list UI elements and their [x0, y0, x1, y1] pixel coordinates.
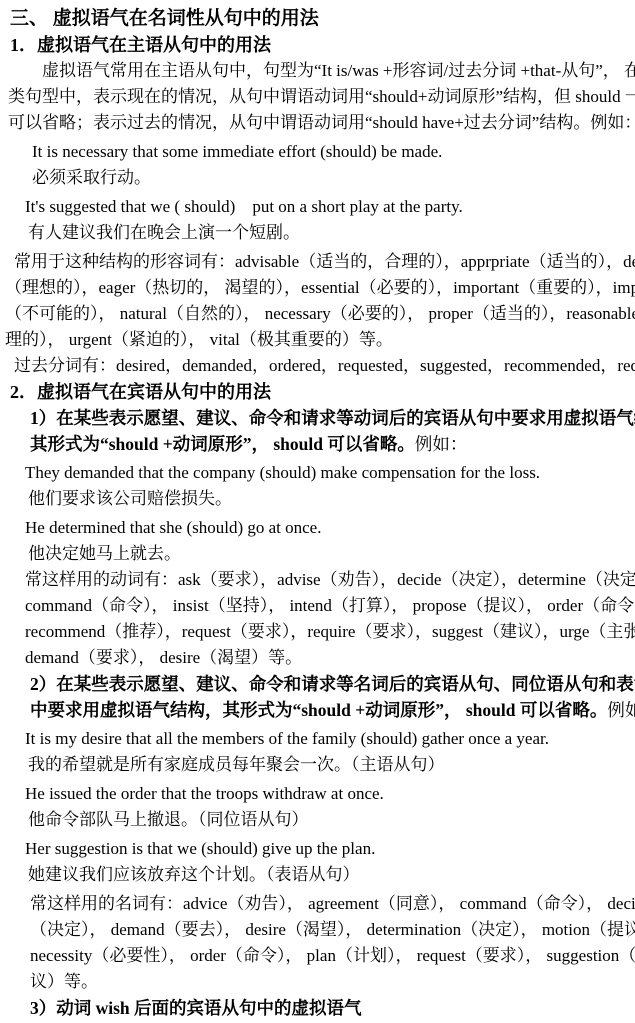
- text-line: 可以省略；表示过去的情况，从句中谓语动词用“should have+过去分词”结…: [8, 110, 635, 136]
- document-page: 三、 虚拟语气在名词性从句中的用法1．虚拟语气在主语从句中的用法虚拟语气常用在主…: [0, 0, 635, 1021]
- text-line: （决定）， demand（要去）， desire（渴望）， determinat…: [30, 917, 635, 943]
- text-line: He issued the order that the troops with…: [25, 781, 635, 807]
- text-line: They demanded that the company (should) …: [25, 460, 635, 486]
- text-line: 其形式为“should +动词原形”， should 可以省略。例如：: [30, 431, 635, 457]
- text-line: 2．虚拟语气在宾语从句中的用法: [10, 379, 635, 405]
- text-line: 他们要求该公司赔偿损失。: [28, 486, 635, 512]
- text-line: 3）动词 wish 后面的宾语从句中的虚拟语气: [30, 995, 635, 1021]
- text-line: It is my desire that all the members of …: [25, 726, 635, 752]
- text-line: （理想的），eager（热切的， 渴望的），essential（必要的），imp…: [5, 275, 635, 301]
- text-line: 她建议我们应该放弃这个计划。（表语从句）: [28, 862, 635, 888]
- text-line: necessity（必要性）， order（命令）， plan（计划）， req…: [30, 943, 635, 969]
- text-line: （不可能的）， natural（自然的）， necessary（必要的）， pr…: [5, 301, 635, 327]
- text-line: 过去分词有：desired，demanded，ordered，requested…: [14, 353, 635, 379]
- text-line: 1．虚拟语气在主语从句中的用法: [10, 32, 635, 58]
- text-line: 2）在某些表示愿望、建议、命令和请求等名词后的宾语从句、同位语从句和表语从句: [30, 671, 635, 697]
- text-line: 常这样用的动词有：ask（要求），advise（劝告），decide（决定），d…: [25, 567, 635, 593]
- text-line: 常这样用的名词有：advice（劝告）， agreement（同意）， comm…: [30, 891, 635, 917]
- text-line: He determined that she (should) go at on…: [25, 515, 635, 541]
- text-line: 中要求用虚拟语气结构，其形式为“should +动词原形”， should 可以…: [30, 697, 635, 723]
- text-line: 1）在某些表示愿望、建议、命令和请求等动词后的宾语从句中要求用虚拟语气结构，: [30, 405, 635, 431]
- text-line: 三、 虚拟语气在名词性从句中的用法: [10, 6, 635, 32]
- text-line: Her suggestion is that we (should) give …: [25, 836, 635, 862]
- text-line: 他决定她马上就去。: [28, 541, 635, 567]
- text-line: It is necessary that some immediate effo…: [32, 139, 635, 165]
- text-line: 有人建议我们在晚会上演一个短剧。: [28, 220, 635, 246]
- text-line: 虚拟语气常用在主语从句中，句型为“It is/was +形容词/过去分词 +th…: [42, 58, 635, 84]
- text-line: 必须采取行动。: [32, 165, 635, 191]
- text-line: 常用于这种结构的形容词有：advisable（适当的，合理的），apprpria…: [14, 249, 635, 275]
- text-line: 他命令部队马上撤退。（同位语从句）: [28, 807, 635, 833]
- text-line: 议）等。: [30, 969, 635, 995]
- text-line: recommend（推荐），request（要求），require（要求），su…: [25, 619, 635, 645]
- text-line: command（命令）， insist（坚持）， intend（打算）， pro…: [25, 593, 635, 619]
- text-line: 类句型中，表示现在的情况，从句中谓语动词用“should+动词原形”结构，但 s…: [8, 84, 635, 110]
- text-line: 理的）， urgent（紧迫的）， vital（极其重要的）等。: [5, 327, 635, 353]
- text-line: 我的希望就是所有家庭成员每年聚会一次。（主语从句）: [28, 752, 635, 778]
- text-line: demand（要求）， desire（渴望）等。: [25, 645, 635, 671]
- text-line: It's suggested that we ( should) put on …: [25, 194, 635, 220]
